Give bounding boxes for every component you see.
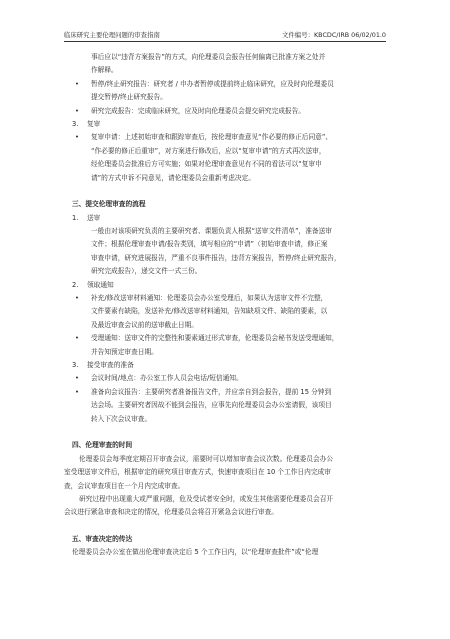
bullet-icon: • (75, 131, 79, 144)
bullet-icon: • (75, 292, 79, 305)
numbered-item: 1.送审 (64, 212, 386, 225)
text-line: 会议进行紧急审查和决定的情况，伦理委员会将召开紧急会议进行审查。 (64, 506, 386, 519)
text-line: 提交暂停/终止研究报告。 (64, 91, 386, 104)
bullet-text: 准备向会议报告：主要研究者准备报告文件，并应亲自到会报告，提前 15 分钟到 (91, 388, 331, 396)
numbered-item: 3.复审 (64, 118, 386, 131)
item-label: 复审 (87, 120, 100, 128)
bullet-item: •补充/修改送审材料通知：伦理委员会办公室受理后，如果认为送审文件不完整， (64, 292, 386, 305)
item-label: 送审 (87, 214, 100, 222)
item-label: 接受审查的准备 (87, 361, 134, 369)
item-number: 1. (72, 212, 87, 225)
bullet-icon: • (75, 372, 79, 385)
text-line: 转入下次会议审查。 (64, 413, 386, 426)
header-doc-number: 文件编号：KBCDC/IRB 06/02/01.0 (282, 30, 386, 40)
document-page: 临床研究主要伦理问题的审查指南 文件编号：KBCDC/IRB 06/02/01.… (0, 0, 450, 639)
item-number: 3. (72, 118, 87, 131)
bullet-item: •准备向会议报告：主要研究者准备报告文件，并应亲自到会报告，提前 15 分钟到 (64, 386, 386, 399)
text-line: 研究过程中出现重大或严重问题，危及受试者安全时，或发生其他需要伦理委员会召开 (64, 493, 386, 506)
text-line: 研究完成报告），递交文件一式三份。 (64, 265, 386, 278)
bullet-text: 补充/修改送审材料通知：伦理委员会办公室受理后，如果认为送审文件不完整， (91, 294, 327, 302)
item-number: 2. (72, 279, 87, 292)
bullet-item: •暂停/终止研究报告：研究者 / 申办者暂停或提前终止临床研究，应及时向伦理委员 (64, 78, 386, 91)
page-header: 临床研究主要伦理问题的审查指南 文件编号：KBCDC/IRB 06/02/01.… (64, 30, 386, 42)
bullet-text: 暂停/终止研究报告：研究者 / 申办者暂停或提前终止临床研究，应及时向伦理委员 (91, 80, 334, 88)
text-line: 审查申请，研究进展报告，严重不良事件报告，违背方案报告，暂停/终止研究报告， (64, 252, 386, 265)
item-label: 领取通知 (87, 281, 114, 289)
bullet-text: 受理通知：送审文件的完整性和要素通过形式审查，伦理委员会秘书发送受理通知， (91, 334, 338, 342)
spacer (64, 185, 386, 198)
text-line: 室受理送审文件后，根据审定的研究项目审查方式，快速审查项目在 10 个工作日内完… (64, 466, 386, 479)
text-line: 文件要素有缺陷，发送补充/修改送审材料通知，告知缺项文件、缺陷的要素，以 (64, 305, 386, 318)
spacer (64, 426, 386, 439)
text-line: 文件；根据伦理审查申请/报告类别，填写相应的“申请”（初始审查申请，修正案 (64, 238, 386, 251)
text-line: 事后应以“违背方案报告”的方式，向伦理委员会报告任何偏离已批准方案之处并 (64, 51, 386, 64)
header-title: 临床研究主要伦理问题的审查指南 (64, 30, 160, 40)
bullet-text: 会议时间/地点：办公室工作人员会电话/短信通知。 (91, 374, 243, 382)
section-heading: 五、审查决定的传达 (64, 533, 386, 546)
text-line: 一般由对该项研究负责的主要研究者、课题负责人根据“送审文件清单”，准备送审 (64, 225, 386, 238)
text-line: 伦理委员会办公室在做出伦理审查决定后 5 个工作日内，以“伦理审查批件”或“伦理 (64, 546, 386, 559)
bullet-item: •研究完成报告：完成临床研究，应及时向伦理委员会提交研究完成报告。 (64, 105, 386, 118)
bullet-icon: • (75, 386, 79, 399)
text-line: 请”的方式申诉不同意见，请伦理委员会重新考虑决定。 (64, 172, 386, 185)
bullet-text: 研究完成报告：完成临床研究，应及时向伦理委员会提交研究完成报告。 (91, 107, 305, 115)
bullet-text: 复审申请：上述初始审查和跟踪审查后，按伦理审查意见“作必要的修正后同意”、 (91, 133, 332, 141)
doc-number-label: 文件编号： (282, 31, 314, 39)
bullet-item: •会议时间/地点：办公室工作人员会电话/短信通知。 (64, 372, 386, 385)
text-line: 及最近审查会议前的送审截止日期。 (64, 319, 386, 332)
bullet-icon: • (75, 332, 79, 345)
text-line: 达会场。主要研究者因故不能到会报告，应事先向伦理委员会办公室请假，该项目 (64, 399, 386, 412)
bullet-icon: • (75, 105, 79, 118)
item-number: 3. (72, 359, 87, 372)
spacer (64, 520, 386, 533)
text-line: 并告知预定审查日期。 (64, 346, 386, 359)
section-heading: 三、提交伦理审查的流程 (64, 198, 386, 211)
text-line: 伦理委员会每季度定期召开审查会议，需要时可以增加审查会议次数。伦理委员会办公 (64, 453, 386, 466)
text-line: “作必要的修正后重审”，对方案进行修改后，应以“复审申请”的方式再次送审， (64, 145, 386, 158)
bullet-item: •复审申请：上述初始审查和跟踪审查后，按伦理审查意见“作必要的修正后同意”、 (64, 131, 386, 144)
numbered-item: 3.接受审查的准备 (64, 359, 386, 372)
doc-number-value: KBCDC/IRB 06/02/01.0 (314, 31, 386, 39)
bullet-item: •受理通知：送审文件的完整性和要素通过形式审查，伦理委员会秘书发送受理通知， (64, 332, 386, 345)
text-line: 作解释。 (64, 64, 386, 77)
text-line: 经伦理委员会批准后方可实施；如果对伦理审查意见有不同的看法可以“复审申 (64, 158, 386, 171)
text-line: 查，会议审查项目在一个月内完成审查。 (64, 480, 386, 493)
section-heading: 四、伦理审查的时间 (64, 439, 386, 452)
bullet-icon: • (75, 78, 79, 91)
document-body: 事后应以“违背方案报告”的方式，向伦理委员会报告任何偏离已批准方案之处并 作解释… (64, 51, 386, 560)
numbered-item: 2.领取通知 (64, 279, 386, 292)
